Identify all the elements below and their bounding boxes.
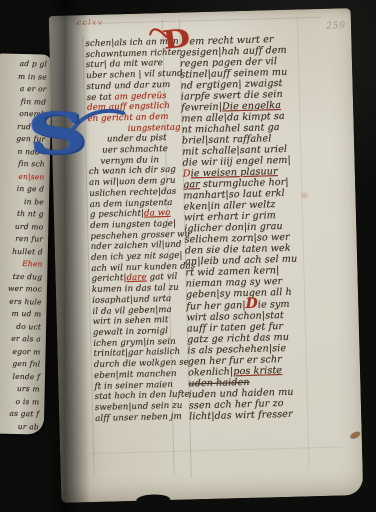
prev-page-text-fragment: m ud m [0,307,42,321]
text-segment: am gedreüs [114,90,166,101]
prev-page-text-fragment: egor m [0,345,41,359]
manuscript-text-line: licht|das wirt fresser [189,409,301,423]
rubricated-initial-d: D [161,27,202,60]
prev-page-text-fragment: ers hule [0,295,42,309]
illuminated-initial-s: S [26,106,126,178]
ruling-line-bottom [90,447,342,455]
prev-page-text-fragment: as gat f [0,407,39,421]
manuscript-photo: ad p glm in sea er orfin mdonembrud moge… [0,0,376,512]
prev-page-text-fragment: o is m [0,395,40,409]
text-segment: gat vil [147,272,178,283]
text-segment: pos kriste [233,365,282,377]
initial-d-letter: D [161,25,192,54]
stain-spot [349,430,362,440]
prev-page-text-fragment: urd mo [0,220,44,234]
prev-page-text-fragment: m in se [0,70,47,84]
text-segment: da wo [144,208,171,219]
text-segment: gericht| [91,274,126,285]
manuscript-text-line: alff unser neben jm [95,411,199,424]
text-segment: gar [183,179,200,190]
prev-page-text-fragment: hullet d [0,245,43,259]
chapter-heading: cclxv [77,18,104,28]
prev-page-text-fragment: ur ab [0,420,39,434]
text-segment: g peschicht| [90,209,144,220]
text-segment: alff unser neben jm [95,411,182,423]
text-column-right: em recht wurt ergesigen|hah auff demrege… [179,34,301,423]
initial-s-letter: S [26,104,89,164]
text-segment: ie sym [258,299,290,311]
text-segment: se tat [87,92,115,103]
prev-page-text-fragment: Ehen [0,257,43,271]
text-segment: dare [126,273,146,284]
prev-page-text-fragment: a er or [0,82,47,96]
text-segment: licht|das wirt fresser [189,409,293,423]
prev-page-text-fragment: lende f [0,370,40,384]
prev-page-text-fragment: gen fnl [0,357,40,371]
manuscript-page: cclxv 259 schen|als ich an manschawntume… [49,8,364,503]
ruling-line-top [73,17,321,24]
page-edge-notch [136,494,170,506]
prev-page-text-fragment: ren fur [0,232,43,246]
prev-page-text-fragment: ad p gl [0,57,47,71]
prev-page-text-fragment: do uct [0,320,41,334]
folio-number: 259 [326,20,346,32]
prev-page-text-fragment: urs m [0,382,40,396]
ink-smudge [299,191,309,199]
prev-page-text-fragment: er als a [0,332,41,346]
prev-page-text-fragment: th nt g [0,207,44,221]
prev-page-text-fragment: in be [0,195,44,209]
text-segment: D [245,296,258,312]
prev-page-text-fragment: tze dug [0,270,42,284]
prev-page-text-fragment: in ge d [0,182,44,196]
text-segment: iungstentag [128,122,181,133]
prev-page-text-fragment: wer moc [0,282,42,296]
